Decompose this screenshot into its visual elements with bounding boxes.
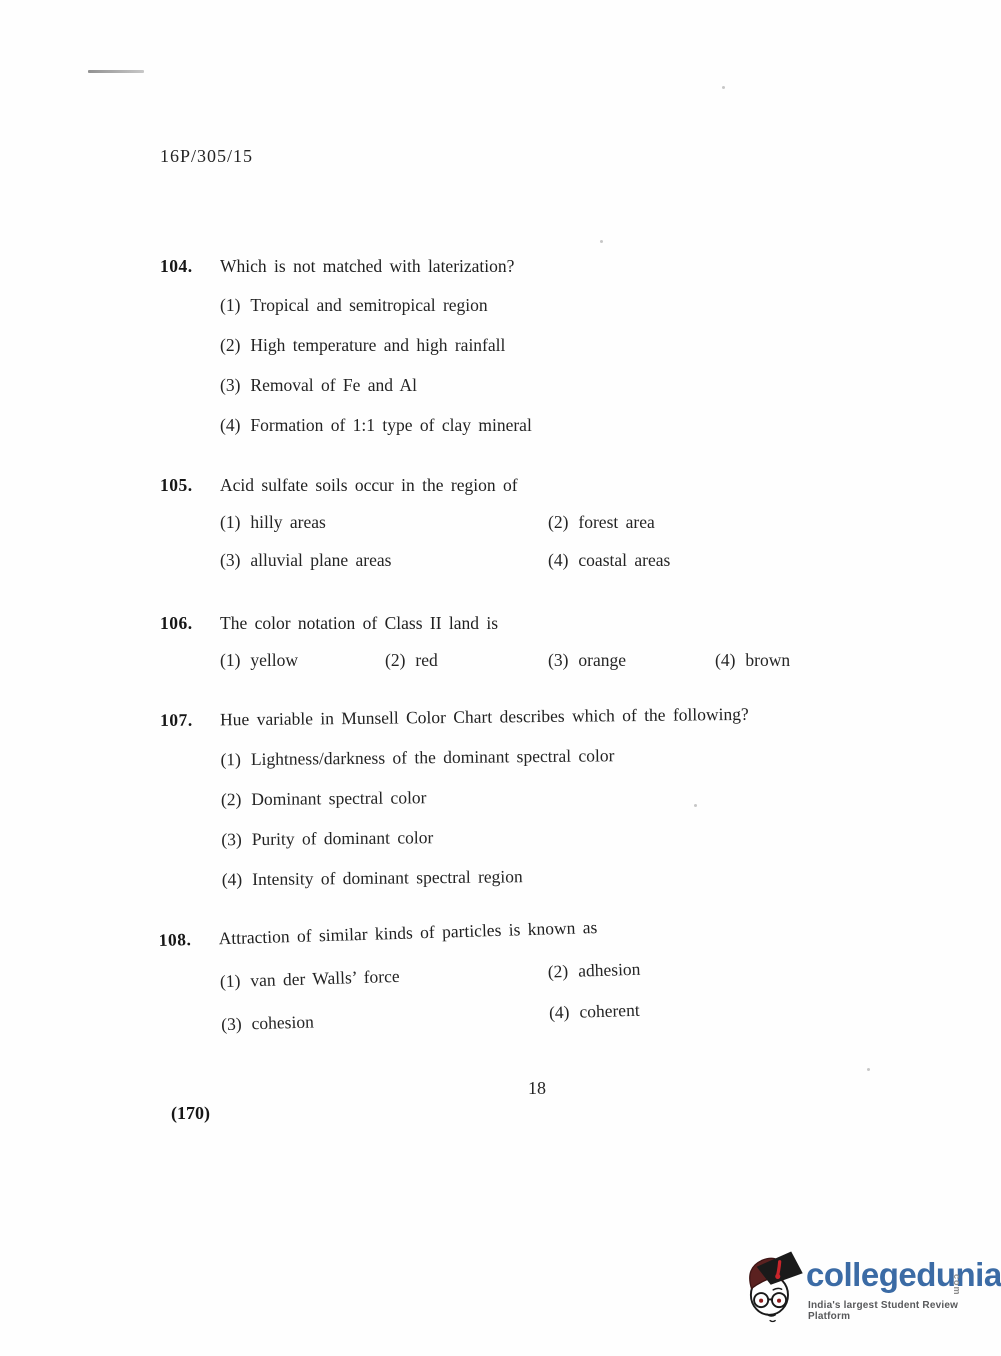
question-105-option-3: (3)alluvial plane areas [220, 550, 391, 570]
option-text: forest area [578, 512, 654, 532]
option-label: (1) [220, 749, 241, 770]
question-107-option-2: (2)Dominant spectral color [221, 782, 941, 811]
page-number: 18 [528, 1078, 546, 1099]
scan-speck [867, 1068, 870, 1071]
option-text: orange [578, 650, 626, 670]
option-label: (2) [221, 789, 242, 810]
question-106: 106. The color notation of Class II land… [160, 613, 940, 672]
option-label: (1) [220, 650, 240, 671]
scan-speck [722, 86, 725, 89]
option-text: Dominant spectral color [251, 787, 426, 809]
option-label: (1) [220, 512, 240, 533]
question-107-option-3: (3)Purity of dominant color [221, 822, 941, 851]
question-107-option-4: (4)Intensity of dominant spectral region [222, 862, 942, 891]
question-104-option-3: (3)Removal of Fe and Al [220, 375, 940, 396]
question-text: Which is not matched with laterization? [220, 256, 514, 277]
option-text: alluvial plane areas [250, 550, 391, 570]
question-107: 107. Hue variable in Munsell Color Chart… [160, 702, 942, 891]
option-text: van der Walls’ force [250, 966, 400, 990]
question-105-option-1: (1)hilly areas [220, 512, 326, 532]
option-text: Formation of 1:1 type of clay mineral [250, 415, 531, 435]
collegedunia-wordmark: collegedunia [806, 1256, 1001, 1294]
booklet-series-code: (170) [171, 1103, 210, 1124]
question-108-option-3: (3)cohesion [221, 1011, 314, 1034]
option-text: hilly areas [250, 512, 325, 532]
option-text: Intensity of dominant spectral region [252, 866, 523, 889]
scan-speck [600, 240, 603, 243]
option-label: (2) [385, 650, 405, 671]
option-text: cohesion [251, 1011, 314, 1033]
option-label: (3) [548, 650, 568, 671]
option-label: (4) [220, 415, 240, 436]
question-text: Hue variable in Munsell Color Chart desc… [220, 704, 749, 731]
question-105: 105. Acid sulfate soils occur in the reg… [160, 475, 940, 572]
collegedunia-watermark: collegedunia com India's largest Student… [740, 1244, 996, 1330]
option-text: Lightness/darkness of the dominant spect… [251, 745, 615, 769]
question-number: 108. [158, 929, 207, 951]
option-text: yellow [250, 650, 298, 670]
option-label: (4) [549, 1002, 570, 1024]
option-label: (4) [715, 650, 735, 671]
scan-artifact-dash [88, 70, 144, 73]
collegedunia-tld: com [952, 1274, 962, 1296]
option-label: (1) [220, 295, 240, 316]
option-text: Purity of dominant color [252, 827, 434, 849]
question-108-option-2: (2)adhesion [548, 959, 641, 983]
question-text: The color notation of Class II land is [220, 613, 498, 634]
question-105-option-4: (4)coastal areas [548, 550, 670, 571]
question-106-option-2: (2)red [385, 650, 438, 671]
option-label: (3) [220, 550, 240, 571]
question-number: 107. [160, 709, 208, 731]
collegedunia-mascot-icon [740, 1246, 804, 1326]
option-label: (2) [548, 512, 568, 533]
question-104-option-1: (1)Tropical and semitropical region [220, 295, 940, 316]
option-text: coherent [579, 1000, 640, 1022]
option-text: Removal of Fe and Al [250, 375, 417, 395]
option-text: coastal areas [578, 550, 670, 570]
option-label: (4) [548, 550, 568, 571]
paper-code: 16P/305/15 [160, 146, 253, 167]
option-text: red [415, 650, 437, 670]
option-label: (4) [222, 869, 243, 890]
option-label: (3) [221, 1014, 242, 1036]
option-text: Tropical and semitropical region [250, 295, 487, 315]
option-label: (3) [220, 375, 240, 396]
scanned-exam-page: 16P/305/15 104. Which is not matched wit… [0, 0, 1001, 1356]
question-108-option-1: (1)van der Walls’ force [220, 966, 400, 991]
question-104: 104. Which is not matched with laterizat… [160, 256, 940, 436]
question-107-option-1: (1)Lightness/darkness of the dominant sp… [220, 742, 940, 771]
question-106-option-1: (1)yellow [220, 650, 298, 671]
question-105-option-2: (2)forest area [548, 512, 655, 533]
option-text: brown [745, 650, 790, 670]
question-108: 108. Attraction of similar kinds of part… [158, 907, 941, 1038]
question-text: Acid sulfate soils occur in the region o… [220, 475, 518, 496]
question-104-option-2: (2)High temperature and high rainfall [220, 335, 940, 356]
question-text: Attraction of similar kinds of particles… [218, 917, 597, 949]
question-106-option-4: (4)brown [715, 650, 790, 671]
option-label: (3) [221, 829, 242, 850]
question-104-option-4: (4)Formation of 1:1 type of clay mineral [220, 415, 940, 436]
option-text: adhesion [578, 959, 641, 981]
question-number: 105. [160, 475, 208, 496]
option-label: (1) [220, 971, 241, 993]
question-number: 106. [160, 613, 208, 634]
question-106-option-3: (3)orange [548, 650, 626, 671]
question-108-option-4: (4)coherent [549, 1000, 640, 1024]
option-label: (2) [548, 961, 569, 983]
question-number: 104. [160, 256, 208, 277]
collegedunia-tagline: India's largest Student Review Platform [808, 1300, 996, 1322]
option-label: (2) [220, 335, 240, 356]
option-text: High temperature and high rainfall [250, 335, 505, 355]
